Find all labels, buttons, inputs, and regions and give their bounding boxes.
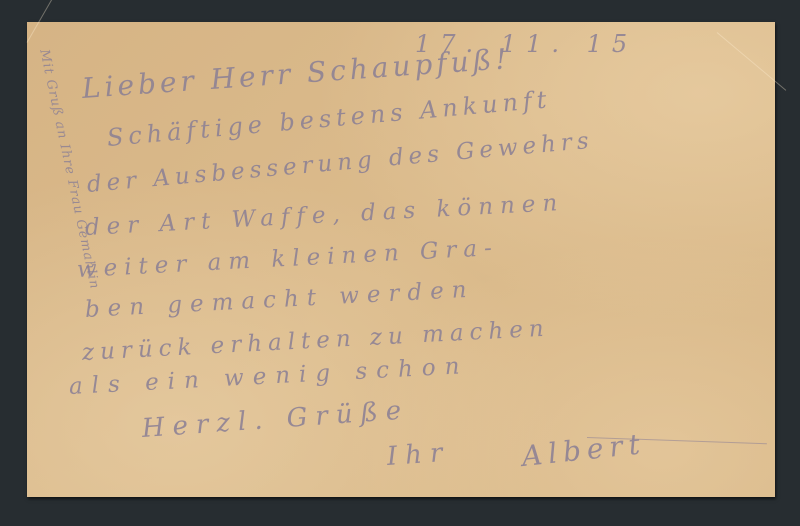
paper-crease [27, 0, 73, 43]
text-line-7: zurück erhalten zu machen [81, 316, 550, 366]
text-line-10: Ihr [386, 438, 451, 472]
text-line-6: ben gemacht werden [84, 277, 475, 323]
postcard: 17. 11. 15 Lieber Herr Schaupfuß! Schäft… [27, 22, 775, 497]
text-line-9: Herzl. Grüße [141, 395, 410, 444]
text-line-5: weiter am kleinen Gra- [76, 235, 499, 283]
text-line-4: der Art Waffe, das können [84, 190, 565, 241]
paper-crease [717, 32, 787, 91]
signature: Albert [520, 427, 647, 473]
